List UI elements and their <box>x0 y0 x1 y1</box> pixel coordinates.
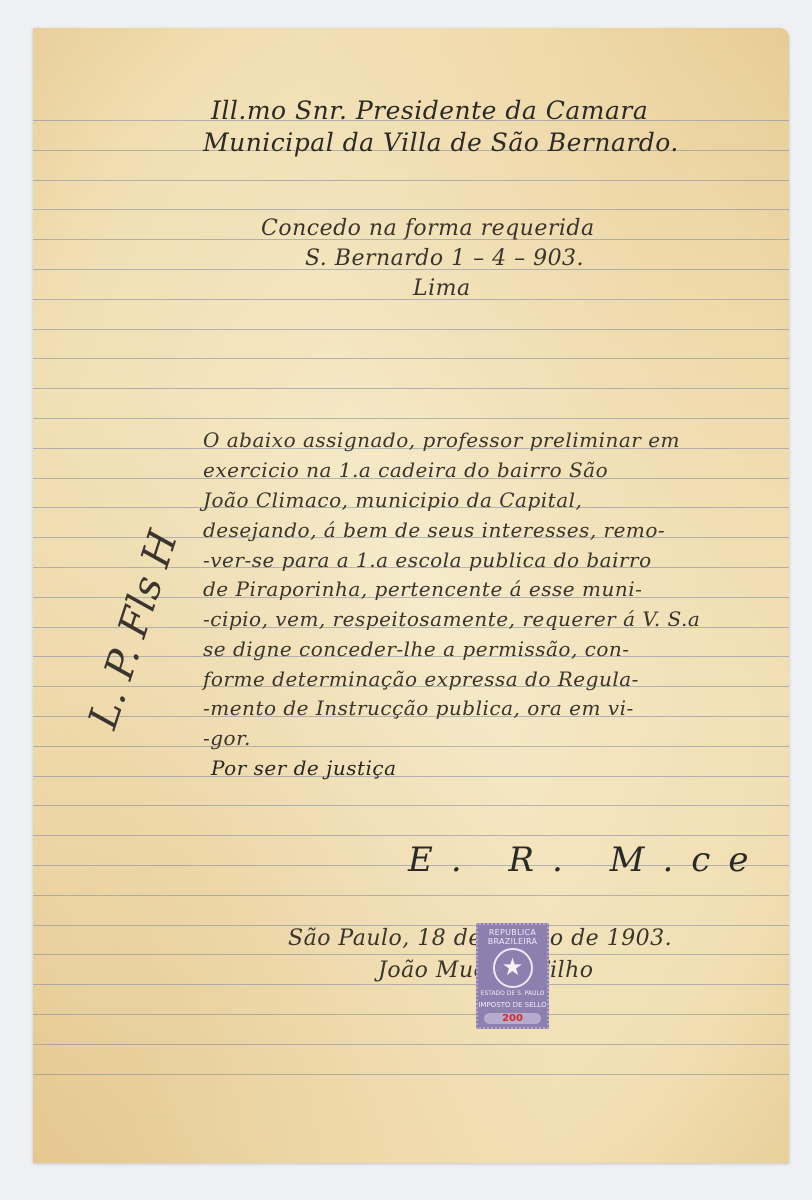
salutation-line-1: Ill.mo Snr. Presidente da Camara <box>211 96 648 125</box>
salutation-line-2: Municipal da Villa de São Bernardo. <box>203 128 679 157</box>
body-line: forme determinação expressa do Regula- <box>203 667 639 691</box>
ruled-line <box>33 954 789 955</box>
body-line: O abaixo assignado, professor preliminar… <box>203 428 680 452</box>
ruled-line <box>33 180 789 181</box>
ruled-line <box>33 1044 789 1045</box>
dispatch-date: S. Bernardo 1 – 4 – 903. <box>305 246 584 271</box>
body-line: -mento de Instrucção publica, ora em vi- <box>203 696 634 720</box>
revenue-stamp: REPUBLICA BRAZILEIRA ★ ESTADO DE S. PAUL… <box>476 923 549 1029</box>
star-icon: ★ <box>493 948 533 988</box>
ruled-line <box>33 358 789 359</box>
closing-initials: E. R. M.ce <box>408 840 766 880</box>
ruled-line <box>33 1014 789 1015</box>
body-line: -gor. <box>203 726 251 750</box>
body-line: exercicio na 1.a cadeira do bairro São <box>203 458 608 482</box>
ruled-line <box>33 984 789 985</box>
body-line-closing-phrase: Por ser de justiça <box>211 756 397 780</box>
stamp-ring-text: ESTADO DE S. PAULO <box>478 990 547 997</box>
body-line: desejando, á bem de seus interesses, rem… <box>203 518 665 542</box>
ruled-line <box>33 388 789 389</box>
body-line: de Piraporinha, pertencente á esse muni- <box>203 577 642 601</box>
ruled-line <box>33 329 789 330</box>
body-line: se digne conceder-lhe a permissão, con- <box>203 637 630 661</box>
ruled-line <box>33 418 789 419</box>
ruled-line <box>33 835 789 836</box>
ruled-line <box>33 746 789 747</box>
stamp-value: 200 <box>484 1013 541 1024</box>
body-line: -ver-se para a 1.a escola publica do bai… <box>203 548 652 572</box>
dispatch-line-1: Concedo na forma requerida <box>261 216 595 241</box>
ruled-line <box>33 776 789 777</box>
ruled-line <box>33 299 789 300</box>
body-line: João Climaco, municipio da Capital, <box>203 488 582 512</box>
stamp-bottom-text: IMPOSTO DE SELLO <box>478 1001 547 1009</box>
ruled-line <box>33 805 789 806</box>
stamp-top-text: REPUBLICA BRAZILEIRA <box>478 928 547 946</box>
ruled-line <box>33 209 789 210</box>
body-line: -cipio, vem, respeitosamente, requerer á… <box>203 607 700 631</box>
dispatch-signature: Lima <box>413 276 471 301</box>
ruled-line <box>33 1074 789 1075</box>
ruled-line <box>33 895 789 896</box>
